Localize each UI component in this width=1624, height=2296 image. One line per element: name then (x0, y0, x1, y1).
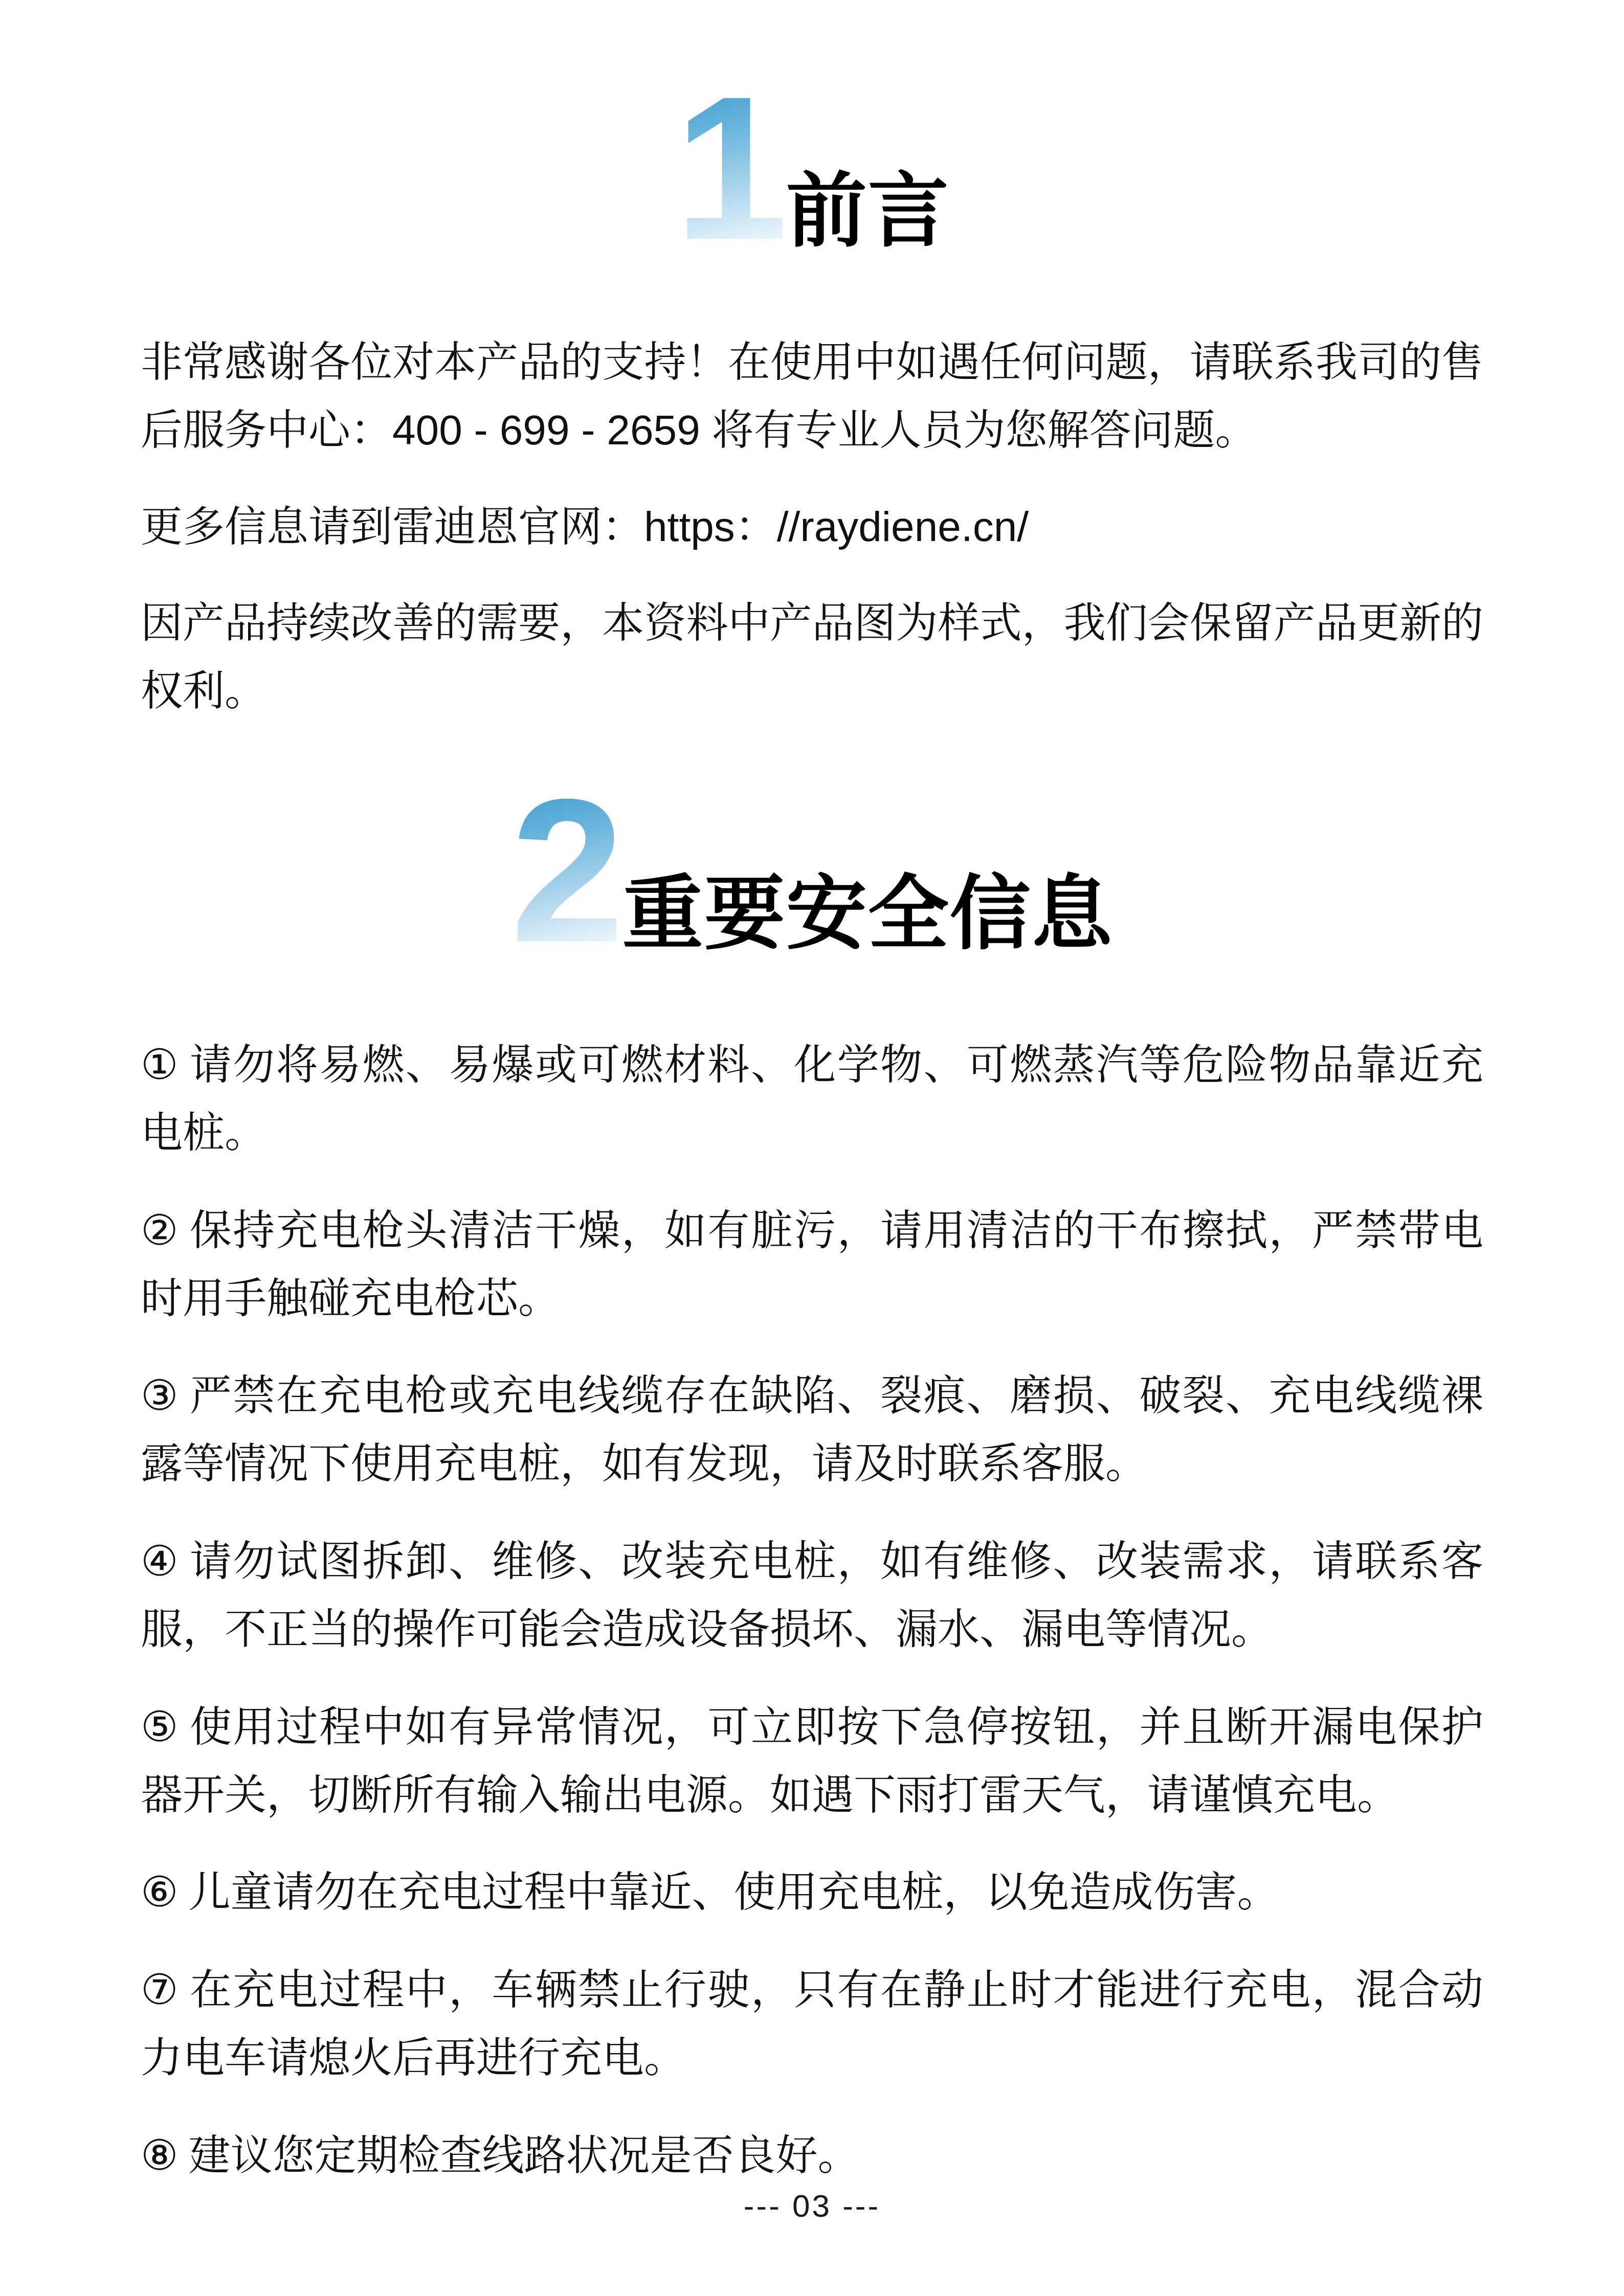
section-1-title: 前言 (786, 146, 950, 262)
item-marker: ① (141, 1042, 180, 1088)
item-marker: ⑤ (141, 1704, 180, 1750)
section-2-heading: 2 重要安全信息 (141, 787, 1483, 965)
safety-item: ⑦在充电过程中，车辆禁止行驶，只有在静止时才能进行充电，混合动力电车请熄火后再进… (141, 1956, 1483, 2092)
item-marker: ⑧ (141, 2132, 179, 2179)
safety-item: ①请勿将易燃、易爆或可燃材料、化学物、可燃蒸汽等危险物品靠近充电桩。 (141, 1031, 1483, 1167)
item-marker: ④ (141, 1538, 180, 1585)
item-marker: ② (141, 1207, 180, 1254)
preface-paragraph: 因产品持续改善的需要，本资料中产品图为样式，我们会保留产品更新的权利。 (141, 590, 1483, 726)
item-text: 严禁在充电枪或充电线缆存在缺陷、裂痕、磨损、破裂、充电线缆裸露等情况下使用充电桩… (141, 1372, 1483, 1487)
safety-list: ①请勿将易燃、易爆或可燃材料、化学物、可燃蒸汽等危险物品靠近充电桩。 ②保持充电… (141, 1031, 1483, 2190)
preface-paragraph: 非常感谢各位对本产品的支持！在使用中如遇任何问题，请联系我司的售后服务中心：40… (141, 329, 1483, 465)
section-2-number: 2 (510, 787, 619, 955)
item-text: 使用过程中如有异常情况，可立即按下急停按钮，并且断开漏电保护器开关，切断所有输入… (141, 1704, 1483, 1818)
item-marker: ⑦ (141, 1967, 180, 2013)
section-1-heading: 1 前言 (141, 84, 1483, 262)
preface-section: 非常感谢各位对本产品的支持！在使用中如遇任何问题，请联系我司的售后服务中心：40… (141, 329, 1483, 726)
safety-item: ③严禁在充电枪或充电线缆存在缺陷、裂痕、磨损、破裂、充电线缆裸露等情况下使用充电… (141, 1362, 1483, 1498)
safety-item: ⑥儿童请勿在充电过程中靠近、使用充电桩，以免造成伤害。 (141, 1859, 1483, 1927)
item-marker: ⑥ (141, 1869, 179, 1916)
preface-paragraph: 更多信息请到雷迪恩官网：https：//raydiene.cn/ (141, 493, 1483, 561)
item-text: 请勿试图拆卸、维修、改装充电桩，如有维修、改装需求，请联系客服，不正当的操作可能… (141, 1538, 1483, 1653)
safety-item: ②保持充电枪头清洁干燥，如有脏污，请用清洁的干布擦拭，严禁带电时用手触碰充电枪芯… (141, 1197, 1483, 1333)
item-text: 请勿将易燃、易爆或可燃材料、化学物、可燃蒸汽等危险物品靠近充电桩。 (141, 1042, 1483, 1156)
safety-item: ④请勿试图拆卸、维修、改装充电桩，如有维修、改装需求，请联系客服，不正当的操作可… (141, 1528, 1483, 1664)
safety-item: ⑤使用过程中如有异常情况，可立即按下急停按钮，并且断开漏电保护器开关，切断所有输… (141, 1694, 1483, 1830)
item-marker: ③ (141, 1372, 180, 1419)
safety-item: ⑧建议您定期检查线路状况是否良好。 (141, 2122, 1483, 2190)
item-text: 保持充电枪头清洁干燥，如有脏污，请用清洁的干布擦拭，严禁带电时用手触碰充电枪芯。 (141, 1207, 1483, 1322)
section-2-title: 重要安全信息 (622, 849, 1114, 965)
item-text: 建议您定期检查线路状况是否良好。 (189, 2132, 860, 2179)
item-text: 儿童请勿在充电过程中靠近、使用充电桩，以免造成伤害。 (189, 1869, 1279, 1916)
item-text: 在充电过程中，车辆禁止行驶，只有在静止时才能进行充电，混合动力电车请熄火后再进行… (141, 1967, 1483, 2081)
manual-page: 1 前言 非常感谢各位对本产品的支持！在使用中如遇任何问题，请联系我司的售后服务… (0, 0, 1624, 2296)
section-1-number: 1 (674, 84, 783, 252)
page-number-footer: --- 03 --- (0, 2188, 1624, 2224)
